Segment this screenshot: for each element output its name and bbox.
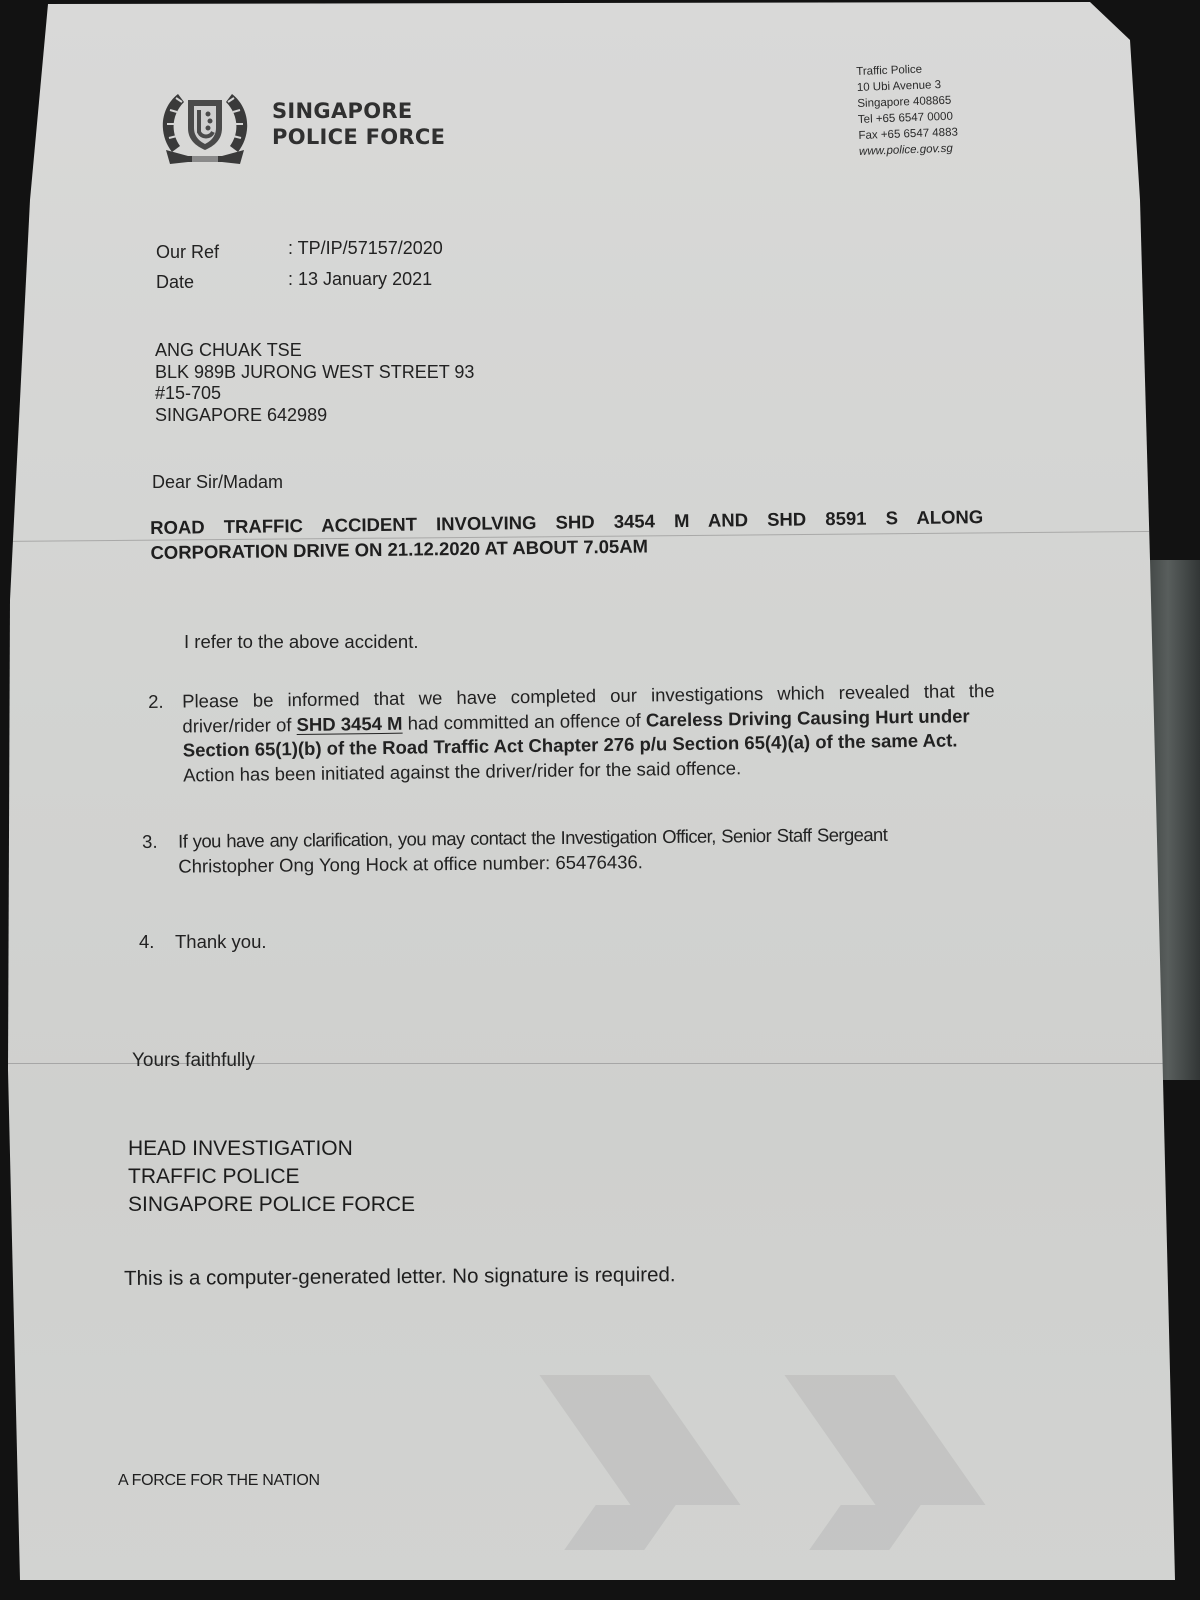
ref-label: Our Ref xyxy=(156,237,219,267)
paragraph-1: I refer to the above accident. xyxy=(184,630,418,655)
chevron-watermark-icon xyxy=(784,1375,985,1505)
organization-name-line1: SINGAPORE xyxy=(272,98,445,124)
recipient-address-line3: SINGAPORE 642989 xyxy=(155,405,474,427)
ref-value: : TP/IP/57157/2020 xyxy=(288,233,443,263)
paragraph-4-text: Thank you. xyxy=(175,930,267,955)
paragraph-3: 3. If you have any clarification, you ma… xyxy=(142,830,158,855)
contact-block: Traffic Police 10 Ubi Avenue 3 Singapore… xyxy=(856,61,959,160)
chevron-watermark-icon xyxy=(539,1375,740,1505)
recipient-address-line2: #15-705 xyxy=(155,383,474,405)
organization-name-line2: POLICE FORCE xyxy=(272,124,445,150)
recipient-address: ANG CHUAK TSE BLK 989B JURONG WEST STREE… xyxy=(155,340,474,426)
recipient-name: ANG CHUAK TSE xyxy=(155,340,474,362)
paragraph-2: 2. Please be informed that we have compl… xyxy=(148,690,164,715)
paragraph-4: 4. Thank you. xyxy=(139,930,154,955)
footer-motto: A FORCE FOR THE NATION xyxy=(118,1472,320,1490)
offence-name: Careless Driving Causing Hurt under xyxy=(646,705,970,730)
contact-website: www.police.gov.sg xyxy=(859,140,959,159)
recipient-address-line1: BLK 989B JURONG WEST STREET 93 xyxy=(155,362,474,384)
subject-heading: ROAD TRAFFIC ACCIDENT INVOLVING SHD 3454… xyxy=(150,504,984,565)
salutation: Dear Sir/Madam xyxy=(152,472,283,493)
date-value: : 13 January 2021 xyxy=(288,264,432,294)
chevron-watermark-icon xyxy=(564,1505,676,1550)
vehicle-number: SHD 3454 M xyxy=(296,712,402,734)
disclaimer: This is a computer-generated letter. No … xyxy=(124,1263,676,1291)
signoff-block: HEAD INVESTIGATION TRAFFIC POLICE SINGAP… xyxy=(128,1135,415,1219)
organization-name: SINGAPORE POLICE FORCE xyxy=(272,98,445,150)
paragraph-2-number: 2. xyxy=(148,691,164,712)
paragraph-3-number: 3. xyxy=(142,831,158,852)
paragraph-4-number: 4. xyxy=(139,931,154,952)
date-label: Date xyxy=(156,267,194,297)
letter-page: SINGAPORE POLICE FORCE Traffic Police 10… xyxy=(0,0,1200,1600)
signoff-line3: SINGAPORE POLICE FORCE xyxy=(128,1191,415,1219)
paragraph-2-line2-mid: had committed an offence of xyxy=(402,709,646,733)
closing: Yours faithfully xyxy=(132,1050,255,1072)
signoff-line2: TRAFFIC POLICE xyxy=(128,1163,415,1191)
paragraph-2-line2-pre: driver/rider of xyxy=(182,714,296,736)
police-crest-icon xyxy=(158,84,252,170)
chevron-watermark-icon xyxy=(809,1505,921,1550)
signoff-line1: HEAD INVESTIGATION xyxy=(128,1135,415,1163)
